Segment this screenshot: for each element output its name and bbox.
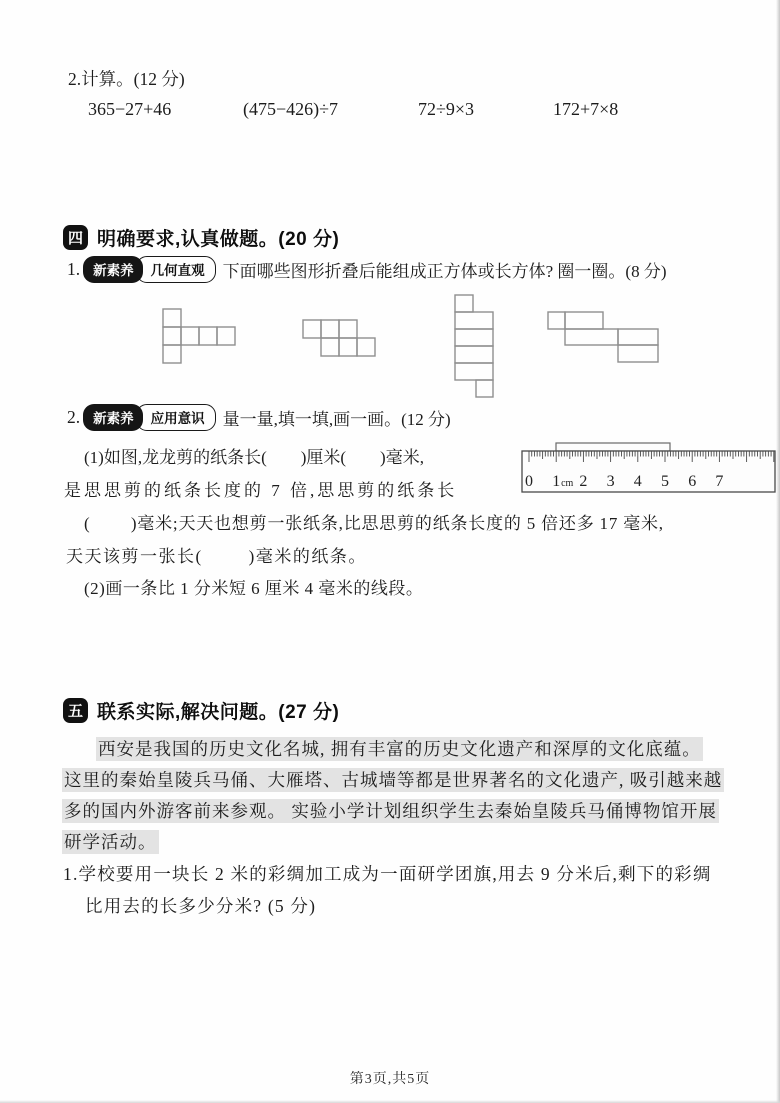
section5-header: 五 联系实际,解决问题。(27 分): [63, 697, 339, 724]
section5-number-icon: 五: [63, 698, 88, 723]
svg-text:cm: cm: [561, 478, 573, 489]
q2-line-3: ( )毫米;天天也想剪一张纸条,比思思剪的纸条长度的 5 倍还多 17 毫米,: [84, 513, 664, 535]
question-number: 1.: [67, 259, 80, 280]
section4-header: 四 明确要求,认真做题。(20 分): [63, 224, 339, 251]
intro-paragraph-line: 西安是我国的历史文化名城, 拥有丰富的历史文化遗产和深厚的文化底蕴。: [98, 738, 701, 761]
q2-line-5: (2)画一条比 1 分米短 6 厘米 4 毫米的线段。: [84, 578, 423, 600]
calc-section-title: 2.计算。(12 分): [68, 66, 185, 91]
svg-text:7: 7: [715, 473, 723, 490]
intro-paragraph-line: 这里的秦始皇陵兵马俑、大雁塔、古城墙等都是世界著名的文化遗产, 吸引越来越: [64, 769, 722, 792]
sec5-q1-line-2: 比用去的长多少分米? (5 分): [85, 893, 316, 918]
calc-expression-3: 72÷9×3: [418, 99, 474, 120]
section4-q1-row: 1. 新素养 几何直观 下面哪些图形折叠后能组成正方体或长方体? 圈一圈。(8 …: [67, 256, 667, 283]
q2-line-4: 天天该剪一张长( )毫米的纸条。: [66, 546, 367, 568]
question-text: 下面哪些图形折叠后能组成正方体或长方体? 圈一圈。(8 分): [223, 257, 667, 282]
section5-title: 联系实际,解决问题。(27 分): [97, 697, 339, 724]
section4-number-icon: 四: [63, 225, 88, 250]
question-number: 2.: [67, 407, 80, 428]
exam-page: 2.计算。(12 分) 365−27+46 (475−426)÷7 72÷9×3…: [0, 0, 780, 1103]
svg-text:0: 0: [525, 473, 533, 490]
tag-badge-dark: 新素养: [83, 256, 143, 283]
intro-paragraph-line: 研学活动。: [64, 831, 157, 854]
calc-expression-1: 365−27+46: [88, 99, 171, 120]
svg-text:4: 4: [634, 473, 642, 490]
page-number: 第3页,共5页: [0, 1068, 780, 1088]
intro-paragraph-line: 多的国内外游客前来参观。 实验小学计划组织学生去秦始皇陵兵马俑博物馆开展: [64, 800, 717, 823]
svg-text:1: 1: [552, 473, 560, 490]
svg-text:2: 2: [579, 473, 587, 490]
question-text: 量一量,填一填,画一画。(12 分): [223, 405, 451, 430]
svg-text:3: 3: [607, 473, 615, 490]
calc-expression-2: (475−426)÷7: [243, 99, 338, 120]
section4-title: 明确要求,认真做题。(20 分): [97, 224, 339, 251]
tag-badge-outline: 几何直观: [136, 256, 216, 283]
svg-text:6: 6: [688, 473, 696, 490]
calc-expression-4: 172+7×8: [553, 99, 618, 120]
svg-text:5: 5: [661, 473, 669, 490]
cube-net-shapes-figure: [0, 285, 780, 410]
ruler-with-paper-strip-figure: 01234567cm: [0, 436, 780, 500]
section4-q2-row: 2. 新素养 应用意识 量一量,填一填,画一画。(12 分): [67, 404, 451, 431]
tag-badge-dark: 新素养: [83, 404, 143, 431]
sec5-q1-line-1: 1.学校要用一块长 2 米的彩绸加工成为一面研学团旗,用去 9 分米后,剩下的彩…: [63, 861, 712, 886]
page-edge-shadow: [776, 0, 780, 1103]
tag-badge-outline: 应用意识: [136, 404, 216, 431]
